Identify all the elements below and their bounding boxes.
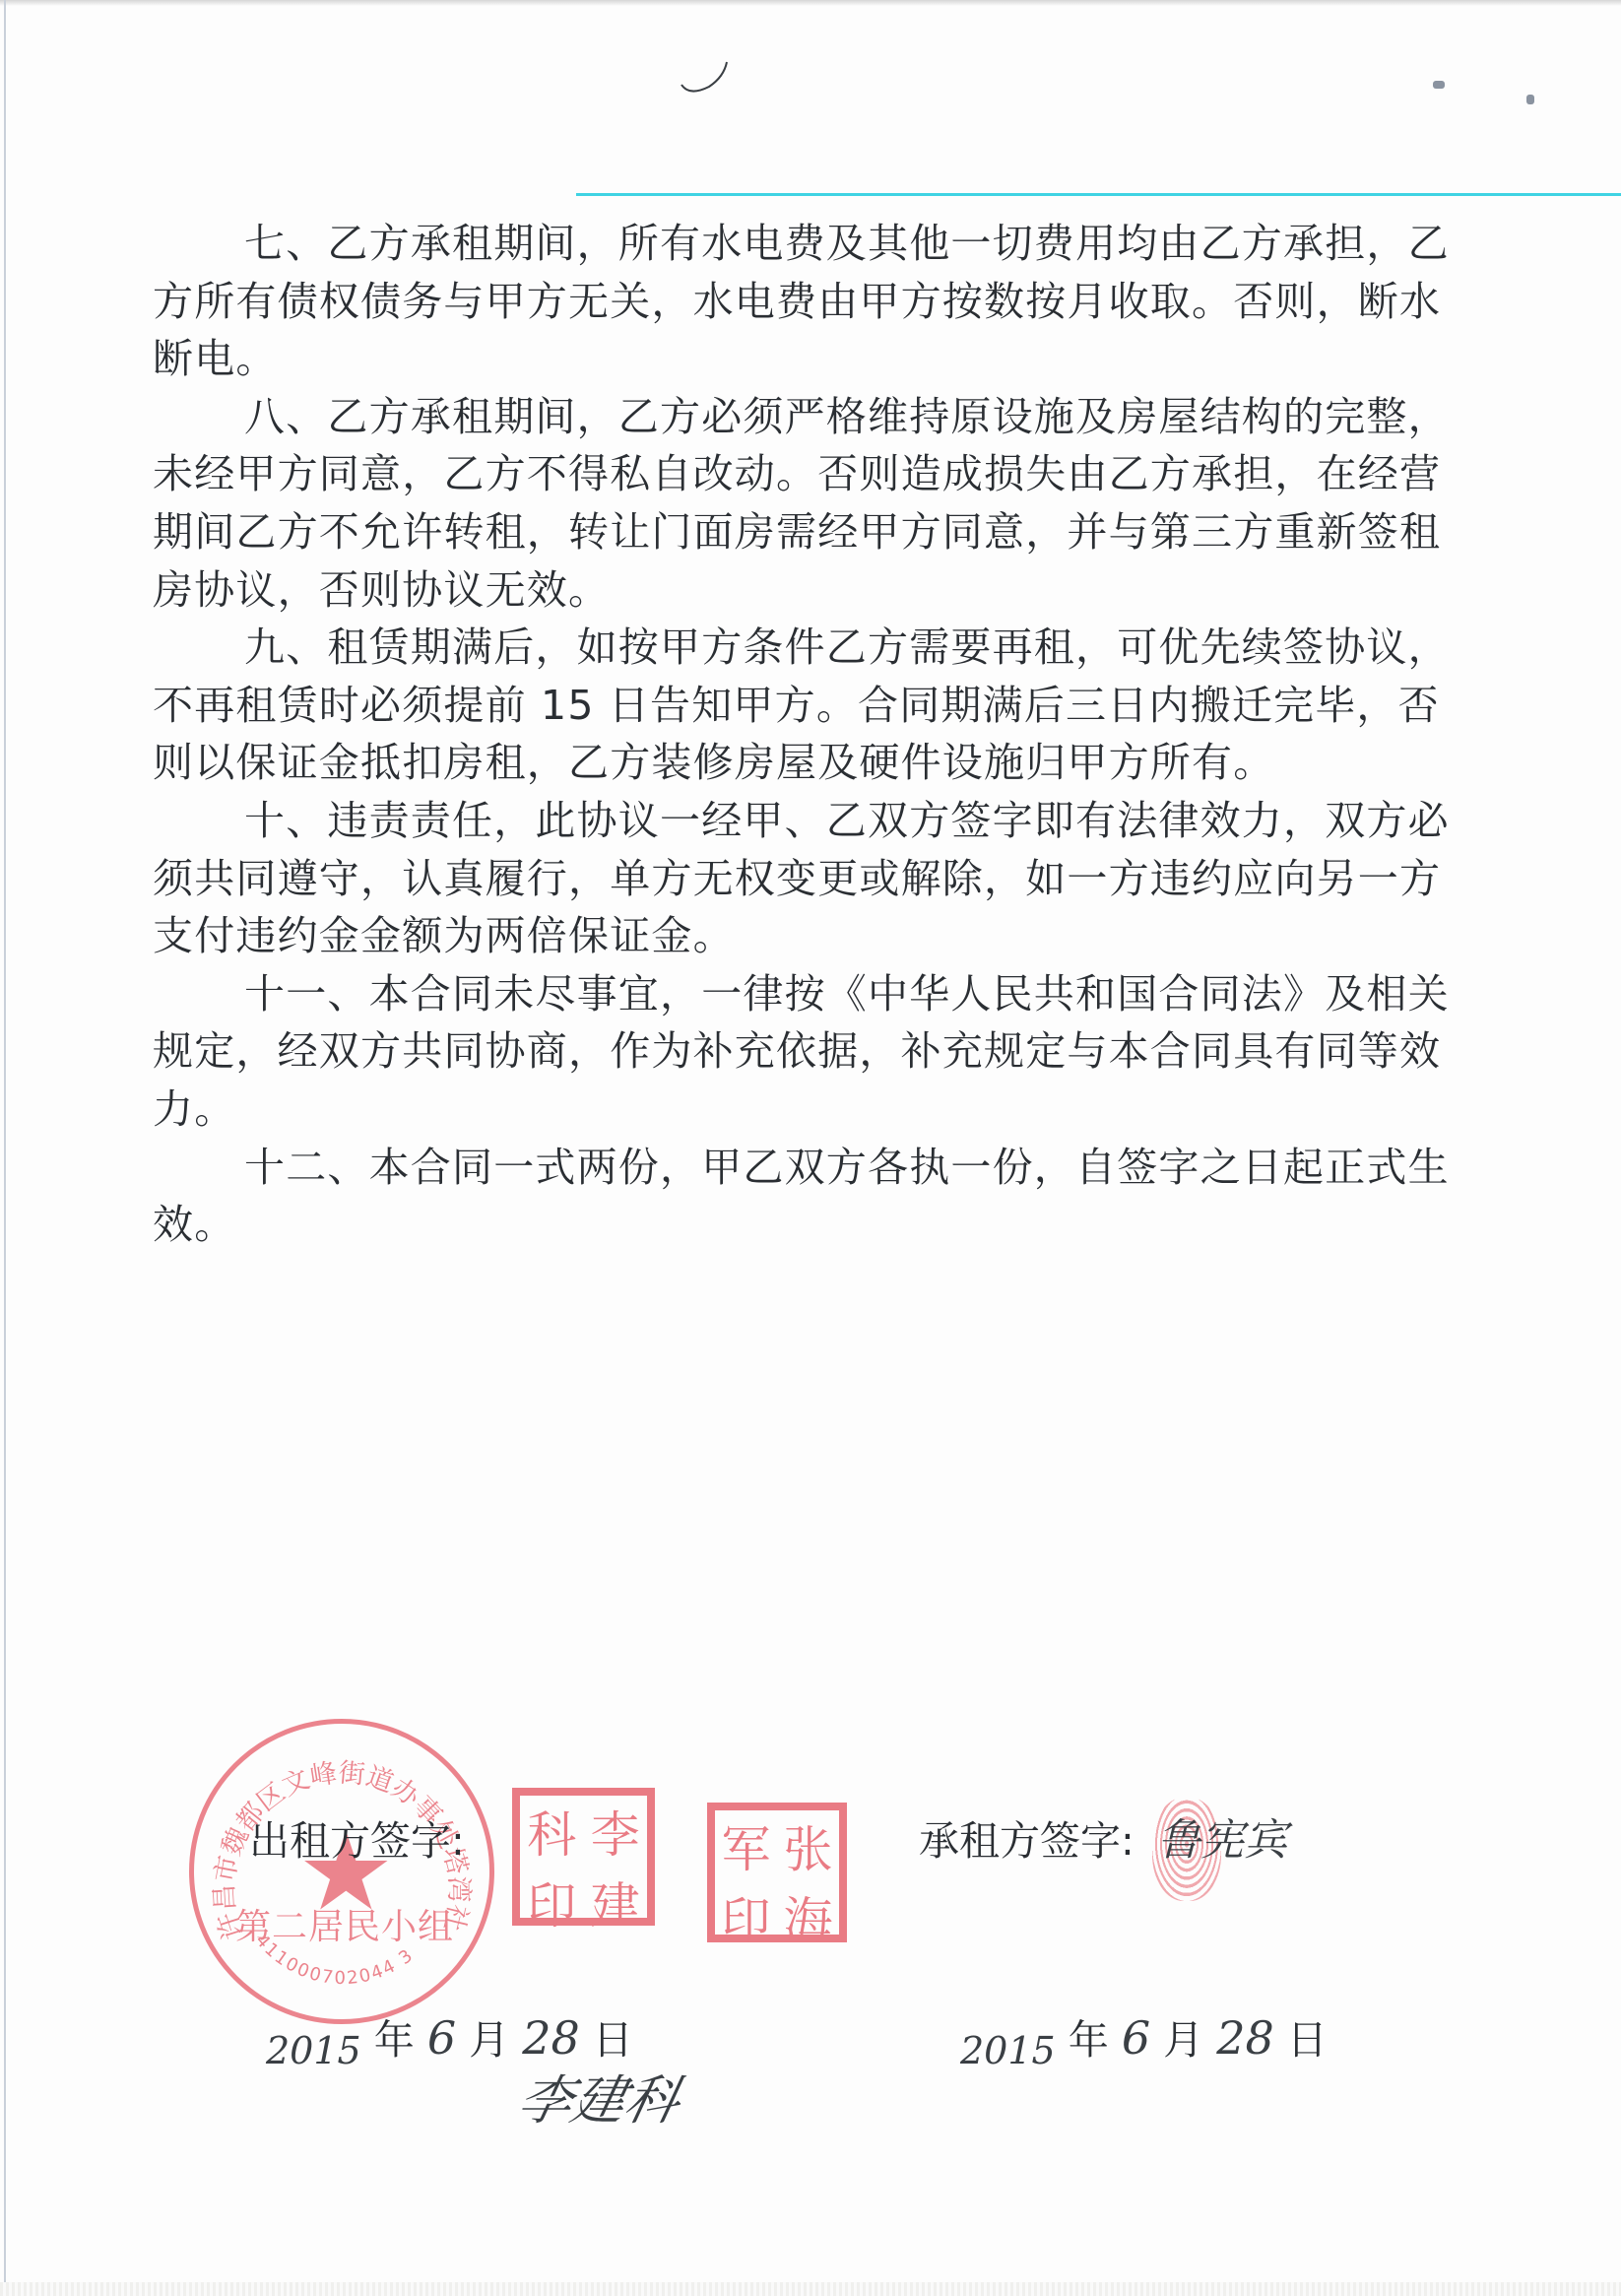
lessor-date: 2015 年 6 月 28 日 bbox=[266, 2007, 633, 2066]
clause-8: 八、乙方承租期间，乙方必须严格维持原设施及房屋结构的完整， 未经甲方同意，乙方不… bbox=[153, 388, 1512, 619]
scan-speck bbox=[1433, 81, 1445, 89]
header-rule bbox=[576, 193, 1621, 196]
square-seal-li-jianke: 科 李 印 建 bbox=[512, 1788, 655, 1926]
community-round-seal: 许昌市魏都区文峰街道办事处塔湾社区居民委员会 411000702044 3 ★ … bbox=[189, 1719, 494, 2024]
lessor-handwritten-signature: 李建科 bbox=[512, 2059, 687, 2134]
clause-12: 十二、本合同一式两份，甲乙双方各执一份，自签字之日起正式生 效。 bbox=[153, 1139, 1512, 1254]
clause-7: 七、乙方承租期间，所有水电费及其他一切费用均由乙方承担，乙 方所有债权债务与甲方… bbox=[153, 215, 1512, 388]
pen-mark bbox=[680, 57, 748, 97]
page-left-edge bbox=[4, 0, 6, 2296]
lessor-signature-label: 出租方签字: bbox=[249, 1808, 465, 1867]
scan-bottom-edge bbox=[0, 2282, 1621, 2296]
lessee-signature-label: 承租方签字: bbox=[919, 1808, 1135, 1867]
lessee-handwritten-signature: 鲁宪宾 bbox=[1157, 1804, 1287, 1868]
clause-11: 十一、本合同未尽事宜，一律按《中华人民共和国合同法》及相关 规定，经双方共同协商… bbox=[153, 965, 1512, 1139]
square-seal-zhang-haijun: 军 张 印 海 bbox=[707, 1803, 847, 1942]
seal-group-text: 第二居民小组 bbox=[231, 1899, 458, 1949]
clause-10: 十、违责责任，此协议一经甲、乙双方签字即有法律效力，双方必 须共同遵守，认真履行… bbox=[153, 792, 1512, 965]
clause-9: 九、租赁期满后，如按甲方条件乙方需要再租，可优先续签协议， 不再租赁时必须提前 … bbox=[153, 619, 1512, 792]
scan-top-edge bbox=[0, 0, 1621, 6]
contract-body: 七、乙方承租期间，所有水电费及其他一切费用均由乙方承担，乙 方所有债权债务与甲方… bbox=[153, 215, 1512, 1254]
lessee-date: 2015 年 6 月 28 日 bbox=[960, 2007, 1328, 2066]
scan-speck bbox=[1526, 95, 1534, 104]
